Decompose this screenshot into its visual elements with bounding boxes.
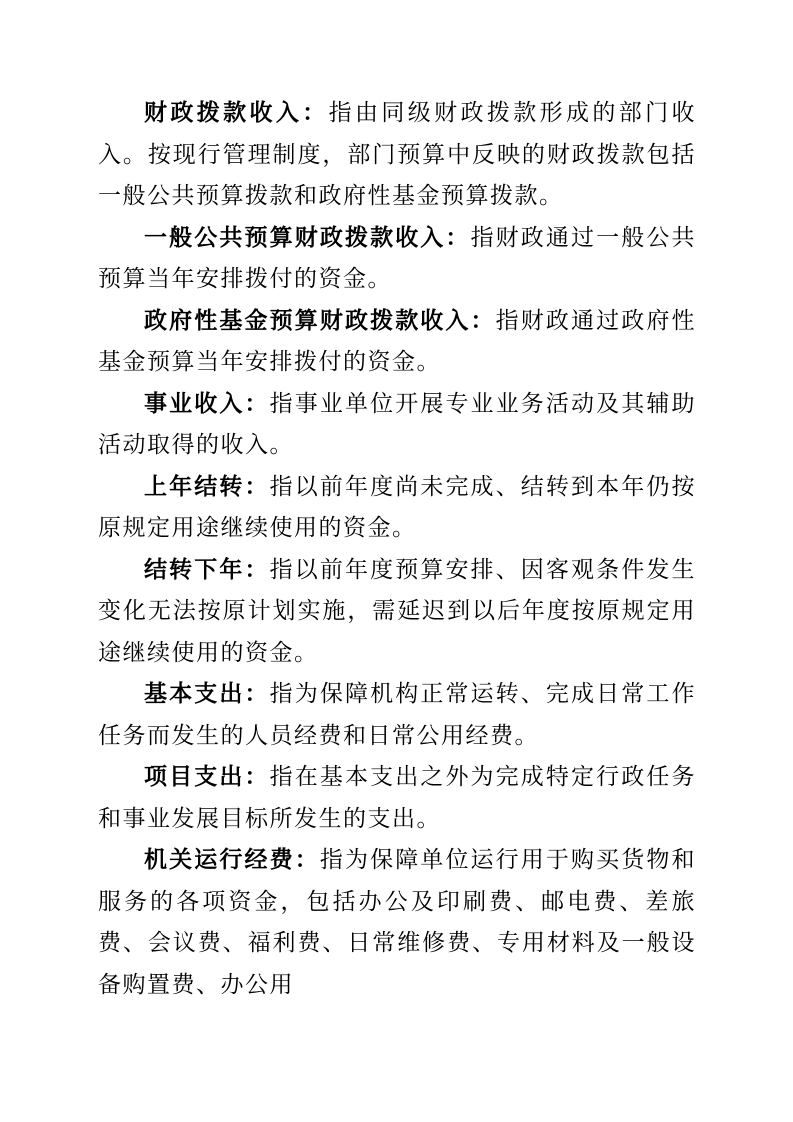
document-page: 财政拨款收入：指由同级财政拨款形成的部门收入。按现行管理制度，部门预算中反映的财… xyxy=(0,0,793,1122)
term-label: 项目支出： xyxy=(144,764,270,789)
definition-paragraph: 基本支出：指为保障机构正常运转、完成日常工作任务而发生的人员经费和日常公用经费。 xyxy=(98,673,696,756)
definition-paragraph: 一般公共预算财政拨款收入：指财政通过一般公共预算当年安排拨付的资金。 xyxy=(98,217,696,300)
term-label: 上年结转： xyxy=(144,474,270,499)
definition-paragraph: 财政拨款收入：指由同级财政拨款形成的部门收入。按现行管理制度，部门预算中反映的财… xyxy=(98,92,696,217)
definition-paragraph: 项目支出：指在基本支出之外为完成特定行政任务和事业发展目标所发生的支出。 xyxy=(98,756,696,839)
term-label: 财政拨款收入： xyxy=(144,100,329,125)
term-label: 结转下年： xyxy=(144,557,270,582)
term-label: 一般公共预算财政拨款收入： xyxy=(144,225,471,250)
definition-paragraph: 事业收入：指事业单位开展专业业务活动及其辅助活动取得的收入。 xyxy=(98,383,696,466)
term-label: 基本支出： xyxy=(144,681,270,706)
definition-paragraph: 上年结转：指以前年度尚未完成、结转到本年仍按原规定用途继续使用的资金。 xyxy=(98,466,696,549)
definition-paragraph: 机关运行经费：指为保障单位运行用于购买货物和服务的各项资金，包括办公及印刷费、邮… xyxy=(98,839,696,1005)
term-label: 机关运行经费： xyxy=(144,847,320,872)
term-label: 事业收入： xyxy=(144,391,270,416)
definition-paragraph: 结转下年：指以前年度预算安排、因客观条件发生变化无法按原计划实施，需延迟到以后年… xyxy=(98,549,696,674)
term-label: 政府性基金预算财政拨款收入： xyxy=(144,308,496,333)
definition-paragraph: 政府性基金预算财政拨款收入：指财政通过政府性基金预算当年安排拨付的资金。 xyxy=(98,300,696,383)
